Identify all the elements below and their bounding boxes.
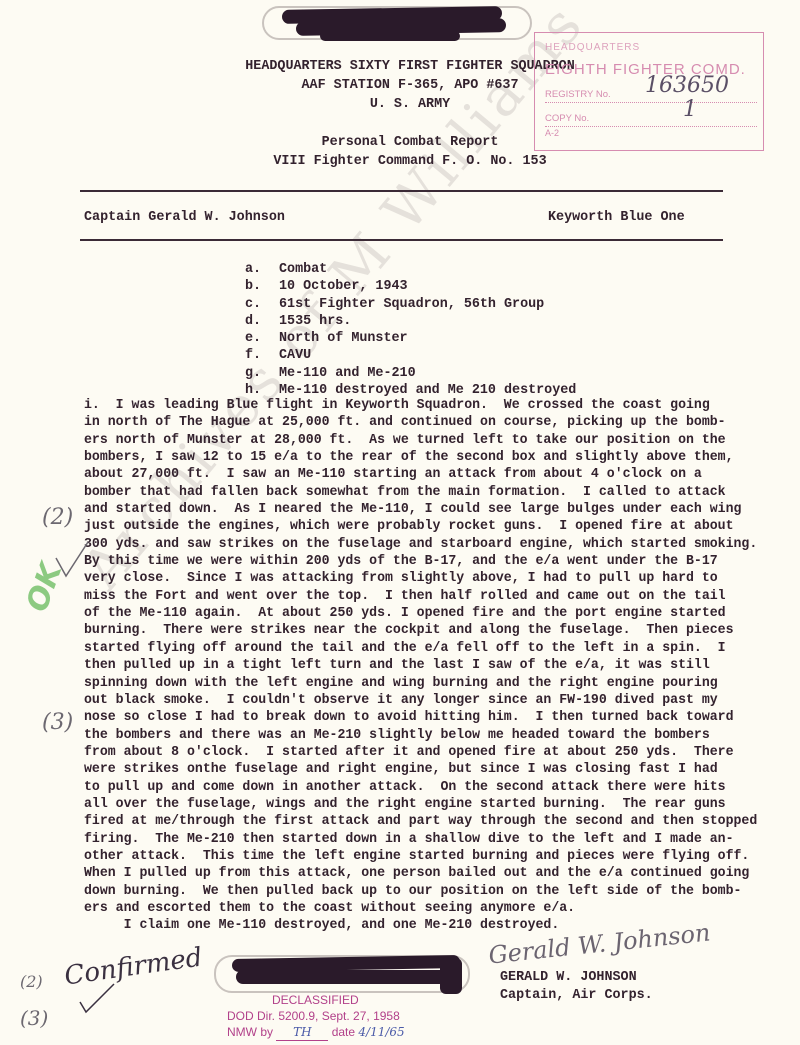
divider-bottom xyxy=(80,239,723,241)
ok-mark: OK xyxy=(20,559,70,617)
narrative-line: of the Me-110 again. At about 250 yds. I… xyxy=(84,605,774,622)
narrative-line: firing. The Me-210 then started down in … xyxy=(84,831,774,848)
by-initials: TH xyxy=(276,1024,328,1041)
document-page: Archives of M Williams HEADQUARTERS SIXT… xyxy=(0,0,800,1045)
item-value: Combat xyxy=(279,261,327,278)
redaction-bottom-3 xyxy=(440,958,462,994)
checkmark-icon-2 xyxy=(78,980,118,1016)
copy-row: COPY No. xyxy=(545,113,757,127)
narrative-line: i. I was leading Blue flight in Keyworth… xyxy=(84,397,774,414)
pilot-callsign: Keyworth Blue One xyxy=(548,210,685,225)
narrative-line: were strikes onthe fuselage and right en… xyxy=(84,761,774,778)
copy-number: 1 xyxy=(683,97,697,122)
report-item: a.Combat xyxy=(245,261,576,278)
field-order: VIII Fighter Command F. O. No. 153 xyxy=(200,152,620,171)
report-item: d.1535 hrs. xyxy=(245,313,576,330)
narrative-line: ers and escorted them to the coast witho… xyxy=(84,900,774,917)
stamp-line1: HEADQUARTERS xyxy=(545,42,640,53)
divider-top xyxy=(80,190,723,192)
narrative-line: out black smoke. I couldn't observe it a… xyxy=(84,692,774,709)
report-item: b.10 October, 1943 xyxy=(245,278,576,295)
narrative-line: just outside the engines, which were pro… xyxy=(84,518,774,535)
narrative-line: other attack. This time the left engine … xyxy=(84,848,774,865)
item-key: c. xyxy=(245,296,279,313)
pilot-name: Captain Gerald W. Johnson xyxy=(84,210,285,225)
item-value: CAVU xyxy=(279,347,311,364)
declassified-title: DECLASSIFIED xyxy=(272,992,359,1008)
registry-label: REGISTRY No. xyxy=(545,89,611,100)
registry-number: 163650 xyxy=(645,73,729,98)
stamp-section: A-2 xyxy=(545,128,559,138)
confirmed-label-3: (3) xyxy=(20,1006,48,1030)
narrative-line: and started down. As I neared the Me-110… xyxy=(84,501,774,518)
report-item: c.61st Fighter Squadron, 56th Group xyxy=(245,296,576,313)
report-item: g.Me-110 and Me-210 xyxy=(245,365,576,382)
narrative-line: in north of The Hague at 25,000 ft. and … xyxy=(84,414,774,431)
report-item: e.North of Munster xyxy=(245,330,576,347)
item-value: 10 October, 1943 xyxy=(279,278,408,295)
typed-rank: Captain, Air Corps. xyxy=(500,988,653,1003)
narrative-line: When I pulled up from this attack, one p… xyxy=(84,865,774,882)
narrative-line: nose so close I had to break down to avo… xyxy=(84,709,774,726)
narrative-line: miss the Fort and went over the top. I t… xyxy=(84,588,774,605)
narrative-line: bombers, I saw 12 to 15 e/a to the rear … xyxy=(84,449,774,466)
item-value: 61st Fighter Squadron, 56th Group xyxy=(279,296,544,313)
margin-note-2: (2) xyxy=(42,505,73,530)
margin-note-3: (3) xyxy=(42,710,73,735)
item-key: f. xyxy=(245,347,279,364)
narrative-line: all over the fuselage, wings and the rig… xyxy=(84,796,774,813)
narrative-line: started flying off around the tail and t… xyxy=(84,640,774,657)
item-key: g. xyxy=(245,365,279,382)
item-key: b. xyxy=(245,278,279,295)
item-value: 1535 hrs. xyxy=(279,313,351,330)
confirmed-label-2: (2) xyxy=(20,972,43,991)
narrative-line: burning. There were strikes near the coc… xyxy=(84,622,774,639)
narrative-line: spinning down with the left engine and w… xyxy=(84,675,774,692)
narrative-line: ers north of Munster at 28,000 ft. As we… xyxy=(84,432,774,449)
date-label: date xyxy=(332,1025,355,1039)
registry-stamp: HEADQUARTERS EIGHTH FIGHTER COMD. REGIST… xyxy=(534,32,764,151)
narrative-line: from about 8 o'clock. I started after it… xyxy=(84,744,774,761)
item-key: a. xyxy=(245,261,279,278)
declassified-directive: DOD Dir. 5200.9, Sept. 27, 1958 xyxy=(227,1008,400,1024)
narrative-line: bomber that had fallen back somewhat fro… xyxy=(84,484,774,501)
typed-name: GERALD W. JOHNSON xyxy=(500,970,637,985)
redaction-bottom-2 xyxy=(236,970,460,984)
report-items: a.Combatb.10 October, 1943c.61st Fighter… xyxy=(245,261,576,399)
narrative-line: very close. Since I was attacking from s… xyxy=(84,570,774,587)
narrative-line: fired at me/through the first attack and… xyxy=(84,813,774,830)
item-key: d. xyxy=(245,313,279,330)
copy-label: COPY No. xyxy=(545,113,589,124)
by-label: NMW by xyxy=(227,1025,273,1039)
item-value: Me-110 and Me-210 xyxy=(279,365,416,382)
date-value: 4/11/65 xyxy=(358,1025,404,1039)
item-value: North of Munster xyxy=(279,330,408,347)
narrative-line: 300 yds. and saw strikes on the fuselage… xyxy=(84,536,774,553)
redaction-top-3 xyxy=(320,31,460,41)
item-key: e. xyxy=(245,330,279,347)
narrative: i. I was leading Blue flight in Keyworth… xyxy=(84,397,784,935)
narrative-line: about 27,000 ft. I saw an Me-110 startin… xyxy=(84,466,774,483)
report-item: f.CAVU xyxy=(245,347,576,364)
narrative-line: By this time we were within 200 yds of t… xyxy=(84,553,774,570)
declassified-by-row: NMW by TH date 4/11/65 xyxy=(227,1024,405,1041)
narrative-line: the bombers and there was an Me-210 slig… xyxy=(84,727,774,744)
narrative-line: to pull up and come down in another atta… xyxy=(84,779,774,796)
narrative-line: then pulled up in a tight left turn and … xyxy=(84,657,774,674)
narrative-line: down burning. We then pulled back up to … xyxy=(84,883,774,900)
